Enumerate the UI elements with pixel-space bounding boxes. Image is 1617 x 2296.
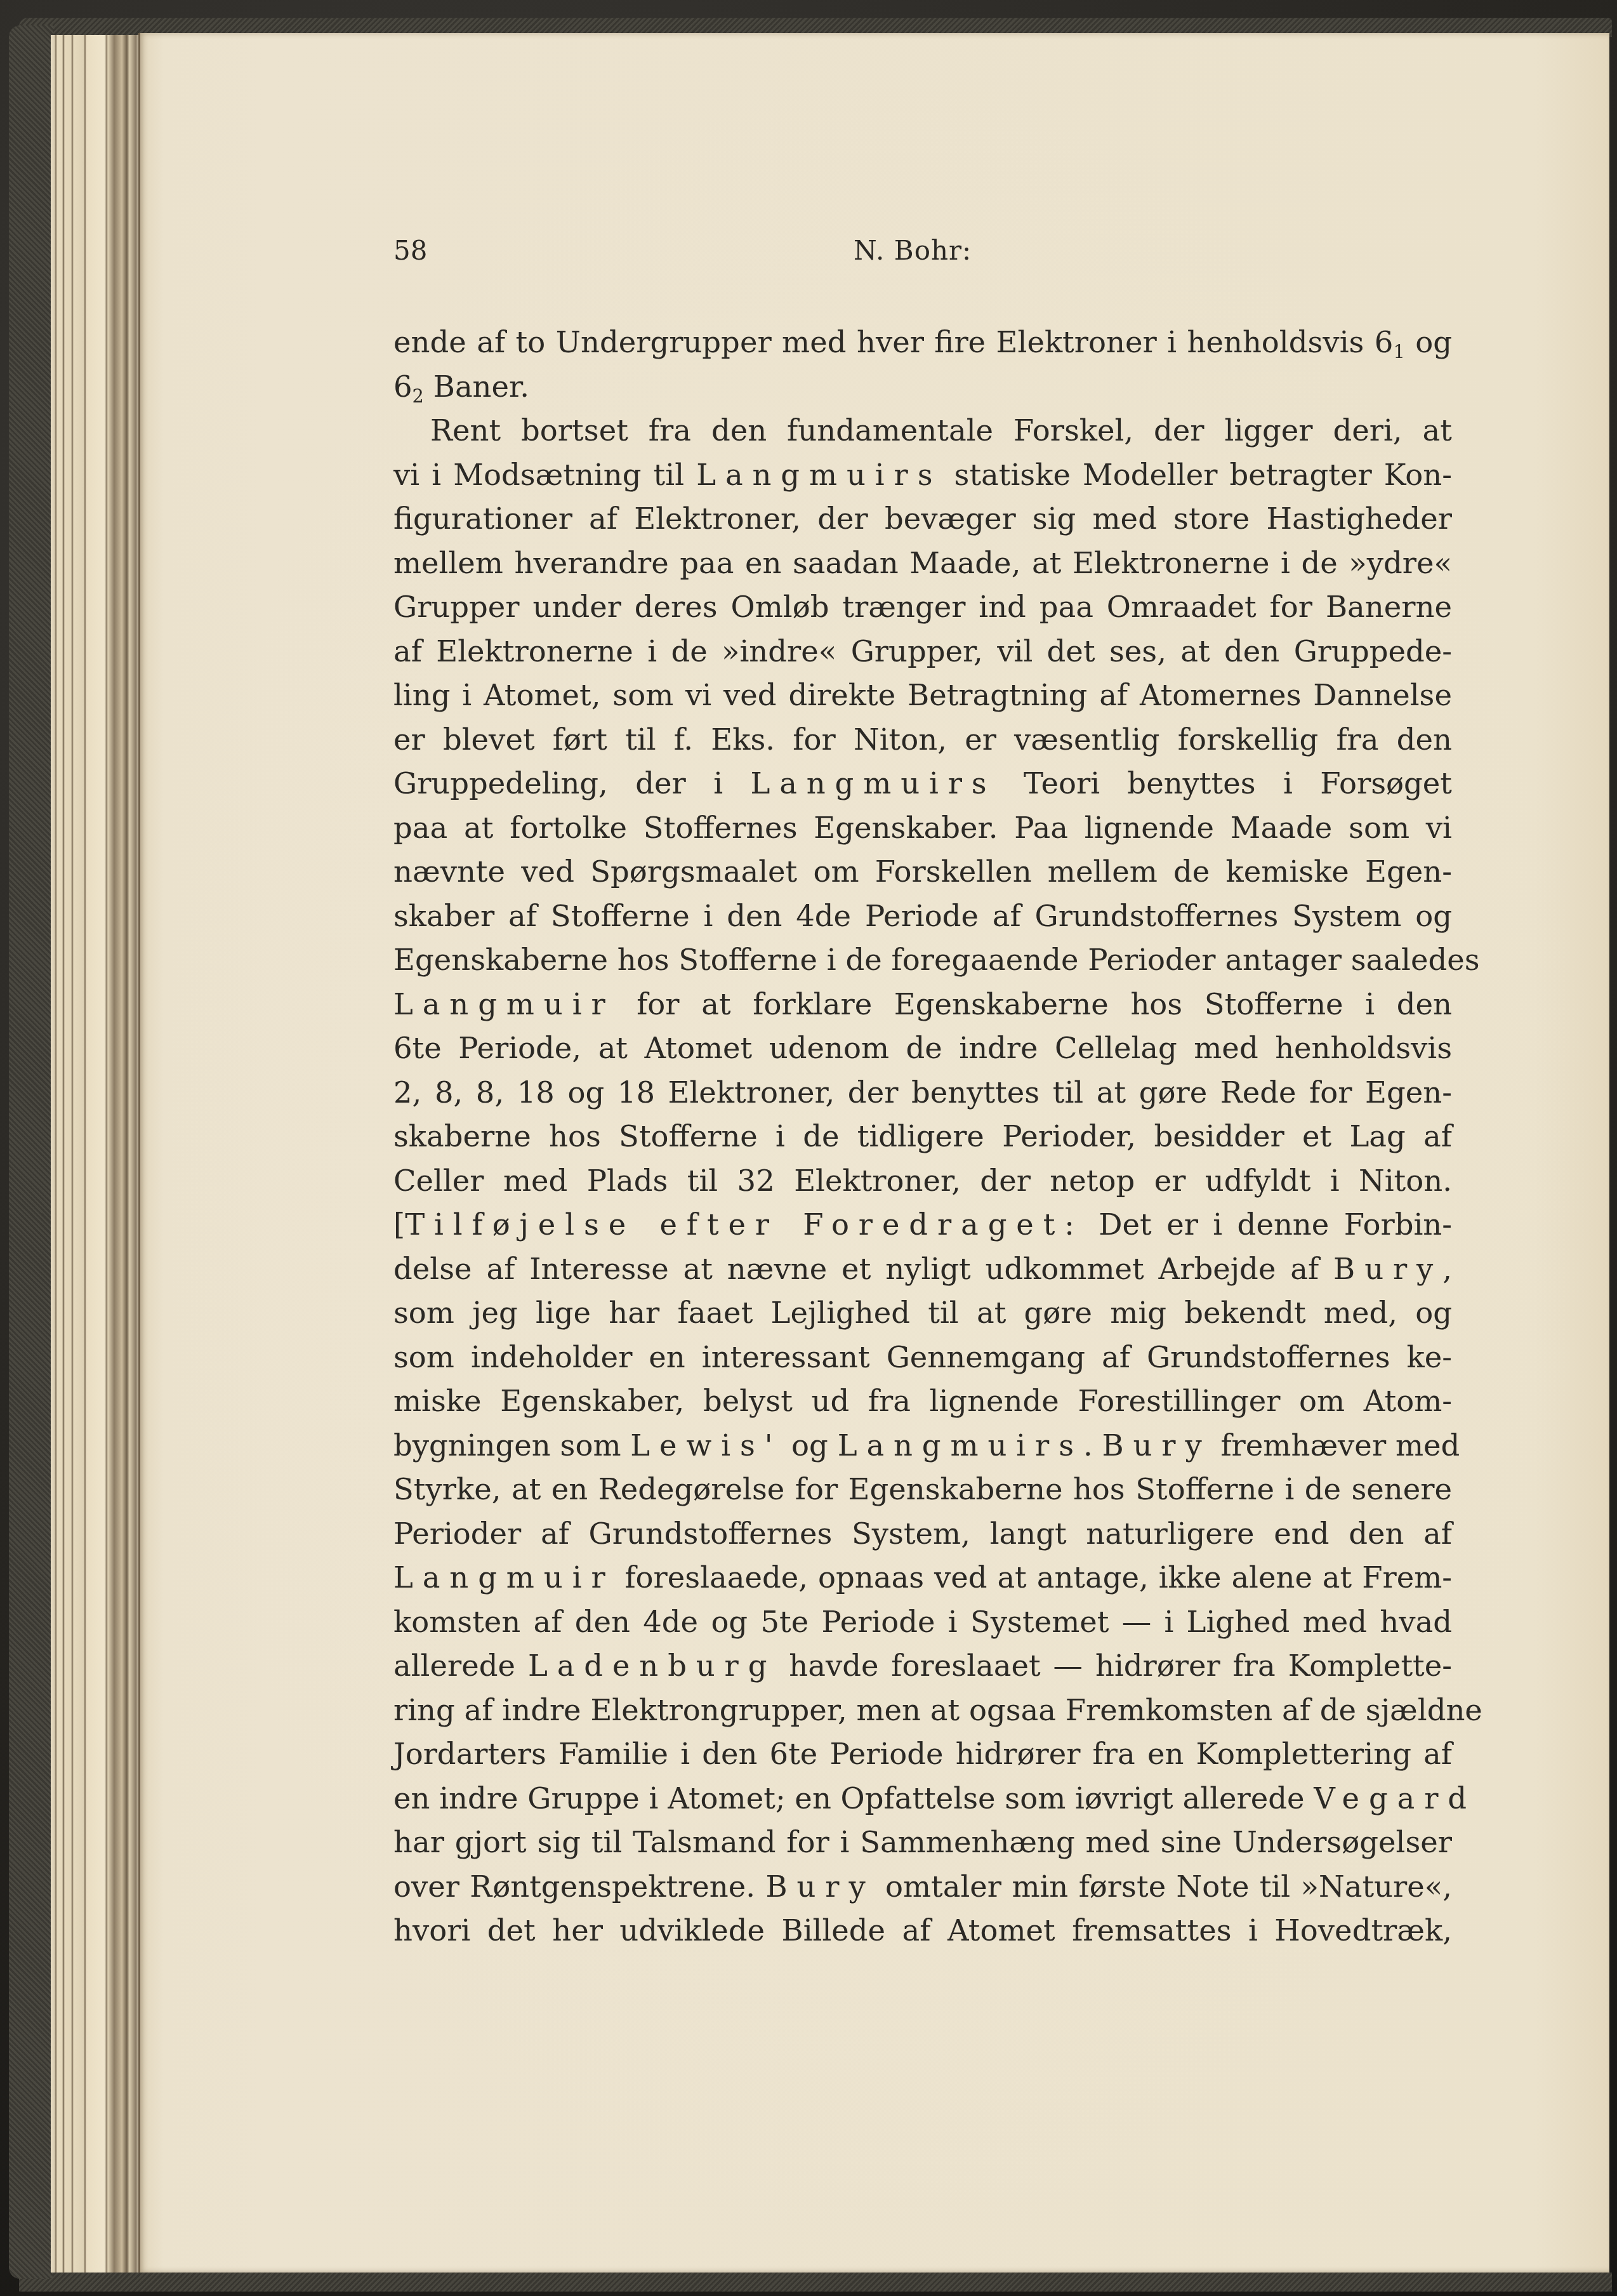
text-line: hvori det her udviklede Billede af Atome…	[393, 1909, 1452, 1953]
spaced-name: Vegard	[1314, 1781, 1476, 1815]
text-line: har gjort sig til Talsmand for i Sammenh…	[393, 1821, 1452, 1865]
text-line: Grupper under deres Omløb trænger ind pa…	[393, 585, 1452, 630]
text-line: 62 Baner.	[393, 365, 1452, 409]
text-line: Perioder af Grundstoffernes System, lang…	[393, 1512, 1452, 1556]
text-line: Gruppedeling, der i Langmuirs Teori beny…	[393, 762, 1452, 806]
text-line: er blevet ført til f. Eks. for Niton, er…	[393, 718, 1452, 762]
text-line: delse af Interesse at nævne et nyligt ud…	[393, 1247, 1452, 1292]
spaced-name: Bury	[765, 1869, 874, 1904]
cover-edge-bottom	[19, 2273, 1612, 2292]
text-line: figurationer af Elektroner, der bevæger …	[393, 497, 1452, 541]
text-line: ring af indre Elektrongrupper, men at og…	[393, 1689, 1452, 1733]
running-head: N. Bohr:	[854, 235, 972, 266]
spaced-name: Lewis'	[630, 1428, 782, 1463]
page-number: 58	[393, 235, 427, 266]
page-header: 58 N. Bohr:	[393, 235, 1460, 273]
spaced-name: Langmuirs	[696, 458, 942, 492]
text-line: Langmuir for at forklare Egenskaberne ho…	[393, 983, 1452, 1027]
text-line: ende af to Undergrupper med hver fire El…	[393, 321, 1452, 365]
text-line: Styrke, at en Redegørelse for Egenskaber…	[393, 1468, 1452, 1512]
text-line: af Elektronerne i de »indre« Grupper, vi…	[393, 630, 1452, 674]
text-line: miske Egenskaber, belyst ud fra lignende…	[393, 1379, 1452, 1424]
spaced-name: Bury	[1333, 1252, 1442, 1286]
text-line: som indeholder en interessant Gennemgang…	[393, 1336, 1452, 1380]
text-line: vi i Modsætning til Langmuirs statiske M…	[393, 453, 1452, 498]
spaced-name: Ladenburg	[528, 1649, 776, 1683]
text-line: Egenskaberne hos Stofferne i de foregaae…	[393, 938, 1452, 983]
spaced-name: Langmuir	[393, 987, 615, 1021]
text-line: ling i Atomet, som vi ved direkte Betrag…	[393, 674, 1452, 718]
text-line: Langmuir foreslaaede, opnaas ved at anta…	[393, 1556, 1452, 1600]
text-line: bygningen som Lewis' og Langmuirs. Bury …	[393, 1424, 1452, 1468]
text-line: skaber af Stofferne i den 4de Periode af…	[393, 894, 1452, 939]
text-line: komsten af den 4de og 5te Periode i Syst…	[393, 1600, 1452, 1645]
text-line: som jeg lige har faaet Lejlighed til at …	[393, 1291, 1452, 1336]
text-line: en indre Gruppe i Atomet; en Opfattelse …	[393, 1777, 1452, 1821]
spaced-name: Bury	[1102, 1428, 1211, 1463]
text-line: over Røntgenspektrene. Bury omtaler min …	[393, 1865, 1452, 1909]
text-line: nævnte ved Spørgsmaalet om Forskellen me…	[393, 850, 1452, 894]
text-line: Rent bortset fra den fundamentale Forske…	[393, 409, 1452, 453]
text-line: Celler med Plads til 32 Elektroner, der …	[393, 1159, 1452, 1204]
text-line: paa at fortolke Stoffernes Egenskaber. P…	[393, 806, 1452, 851]
body-text: ende af to Undergrupper med hver fire El…	[393, 321, 1452, 1953]
spaced-name: Tilføjelse efter Foredraget:	[405, 1207, 1084, 1242]
page-stack-edges	[51, 35, 140, 2273]
text-line: allerede Ladenburg havde foreslaaet — hi…	[393, 1644, 1452, 1689]
spaced-name: Langmuirs	[750, 766, 996, 800]
text-line: 2, 8, 8, 18 og 18 Elektroner, der benytt…	[393, 1071, 1452, 1115]
spaced-name: Langmuir	[393, 1560, 615, 1595]
text-line: Jordarters Familie i den 6te Periode hid…	[393, 1732, 1452, 1777]
text-line: 6te Periode, at Atomet udenom de indre C…	[393, 1026, 1452, 1071]
text-line: skaberne hos Stofferne i de tidligere Pe…	[393, 1115, 1452, 1159]
page-gutter	[138, 33, 140, 2273]
text-line: mellem hverandre paa en saadan Maade, at…	[393, 541, 1452, 586]
cover-spine-edge	[9, 25, 53, 2279]
spaced-name: Langmuirs	[838, 1428, 1083, 1463]
text-line: [Tilføjelse efter Foredraget: Det er i d…	[393, 1203, 1452, 1247]
